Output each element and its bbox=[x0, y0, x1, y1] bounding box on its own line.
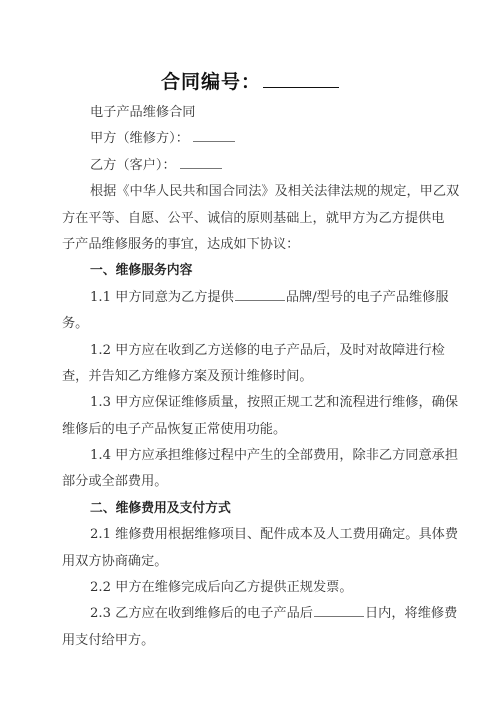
contract-subtitle: 电子产品维修合同 bbox=[62, 100, 442, 126]
party-a-line: 甲方（维修方）： bbox=[62, 126, 442, 152]
clause-line: 1.3 甲方应保证维修质量，按照正规工艺和流程进行维修，确保 bbox=[62, 390, 442, 416]
contract-number-label: 合同编号： bbox=[161, 71, 261, 93]
days-blank bbox=[314, 604, 364, 617]
preamble-line: 子产品维修服务的事宜，达成如下协议： bbox=[62, 232, 442, 258]
preamble-line: 方在平等、自愿、公平、诚信的原则基础上，就甲方为乙方提供电 bbox=[62, 206, 442, 232]
clause-line: 1.2 甲方应在收到乙方送修的电子产品后，及时对故障进行检 bbox=[62, 338, 442, 364]
section-heading: 二、维修费用及支付方式 bbox=[62, 496, 442, 522]
clause-text: 2.3 乙方应在收到维修后的电子产品后 bbox=[90, 606, 313, 621]
party-b-label: 乙方（客户）： bbox=[90, 158, 176, 173]
clause-line: 务。 bbox=[62, 311, 442, 337]
clause-line: 2.1 维修费用根据维修项目、配件成本及人工费用确定。具体费 bbox=[62, 522, 442, 548]
contract-number-blank bbox=[263, 72, 339, 88]
party-b-blank bbox=[180, 156, 222, 169]
party-a-label: 甲方（维修方）： bbox=[90, 131, 189, 146]
brand-blank bbox=[235, 288, 285, 301]
clause-line: 2.3 乙方应在收到维修后的电子产品后日内，将维修费 bbox=[62, 601, 442, 627]
clause-line: 1.1 甲方同意为乙方提供品牌/型号的电子产品维修服 bbox=[62, 285, 442, 311]
contract-body: 电子产品维修合同 甲方（维修方）： 乙方（客户）： 根据《中华人民共和国合同法》… bbox=[62, 100, 442, 654]
preamble-line: 根据《中华人民共和国合同法》及相关法律法规的规定，甲乙双 bbox=[62, 179, 442, 205]
clause-text: 品牌/型号的电子产品维修服 bbox=[286, 290, 449, 305]
clause-line: 用支付给甲方。 bbox=[62, 628, 442, 654]
clause-line: 查，并告知乙方维修方案及预计维修时间。 bbox=[62, 364, 442, 390]
document-page: 合同编号： 电子产品维修合同 甲方（维修方）： 乙方（客户）： 根据《中华人民共… bbox=[0, 0, 500, 707]
clause-line: 用双方协商确定。 bbox=[62, 549, 442, 575]
contract-title: 合同编号： bbox=[0, 67, 500, 94]
party-a-blank bbox=[193, 129, 235, 142]
clause-text: 1.1 甲方同意为乙方提供 bbox=[90, 290, 234, 305]
clause-line: 1.4 甲方应承担维修过程中产生的全部费用，除非乙方同意承担 bbox=[62, 443, 442, 469]
party-b-line: 乙方（客户）： bbox=[62, 153, 442, 179]
clause-line: 维修后的电子产品恢复正常使用功能。 bbox=[62, 417, 442, 443]
clause-text: 日内，将维修费 bbox=[365, 606, 457, 621]
section-heading: 一、维修服务内容 bbox=[62, 258, 442, 284]
clause-line: 部分或全部费用。 bbox=[62, 469, 442, 495]
clause-line: 2.2 甲方在维修完成后向乙方提供正规发票。 bbox=[62, 575, 442, 601]
